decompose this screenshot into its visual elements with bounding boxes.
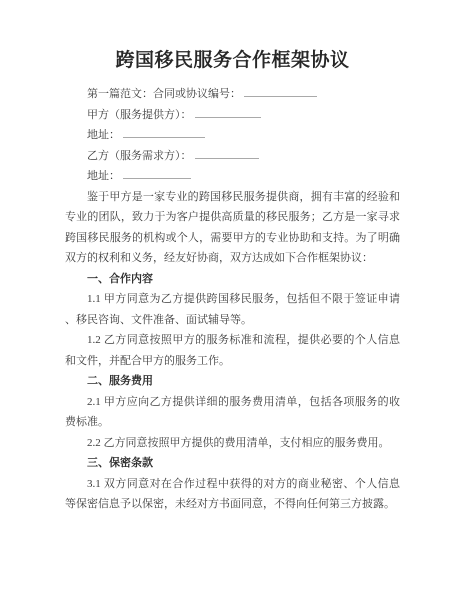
- blank-line: [123, 125, 205, 138]
- blank-line: [195, 146, 259, 159]
- clause-3-1: 3.1 双方同意对在合作过程中获得的对方的商业秘密、个人信息等保密信息予以保密，…: [65, 474, 400, 515]
- field-party-a-address-label: 地址：: [87, 129, 120, 141]
- clause-2-2: 2.2 乙方同意按照甲方提供的费用清单，支付相应的服务费用。: [65, 433, 400, 454]
- clause-1-1: 1.1 甲方同意为乙方提供跨国移民服务，包括但不限于签证申请、移民咨询、文件准备…: [65, 289, 400, 330]
- blank-line: [244, 84, 317, 97]
- field-party-a: 甲方（服务提供方）：: [65, 105, 400, 126]
- clause-2-1: 2.1 甲方应向乙方提供详细的服务费用清单，包括各项服务的收费标准。: [65, 392, 400, 433]
- document-title: 跨国移民服务合作框架协议: [65, 49, 400, 73]
- preamble-paragraph: 鉴于甲方是一家专业的跨国移民服务提供商，拥有丰富的经验和专业的团队，致力于为客户…: [65, 187, 400, 269]
- section-heading-confidentiality: 三、保密条款: [65, 453, 400, 474]
- field-party-b-address: 地址：: [65, 166, 400, 187]
- blank-line: [195, 105, 261, 118]
- field-party-b-address-label: 地址：: [87, 170, 120, 182]
- field-contract-number-label: 第一篇范文：合同或协议编号：: [87, 88, 241, 100]
- section-heading-cooperation: 一、合作内容: [65, 269, 400, 290]
- blank-line: [123, 166, 191, 179]
- field-party-a-label: 甲方（服务提供方）：: [87, 109, 192, 121]
- field-party-b: 乙方（服务需求方）：: [65, 146, 400, 167]
- field-contract-number: 第一篇范文：合同或协议编号：: [65, 84, 400, 105]
- field-party-b-label: 乙方（服务需求方）：: [87, 150, 192, 162]
- field-party-a-address: 地址：: [65, 125, 400, 146]
- section-heading-fees: 二、服务费用: [65, 371, 400, 392]
- clause-1-2: 1.2 乙方同意按照甲方的服务标准和流程，提供必要的个人信息和文件，并配合甲方的…: [65, 330, 400, 371]
- contract-document-page: 跨国移民服务合作框架协议 第一篇范文：合同或协议编号： 甲方（服务提供方）： 地…: [0, 0, 463, 600]
